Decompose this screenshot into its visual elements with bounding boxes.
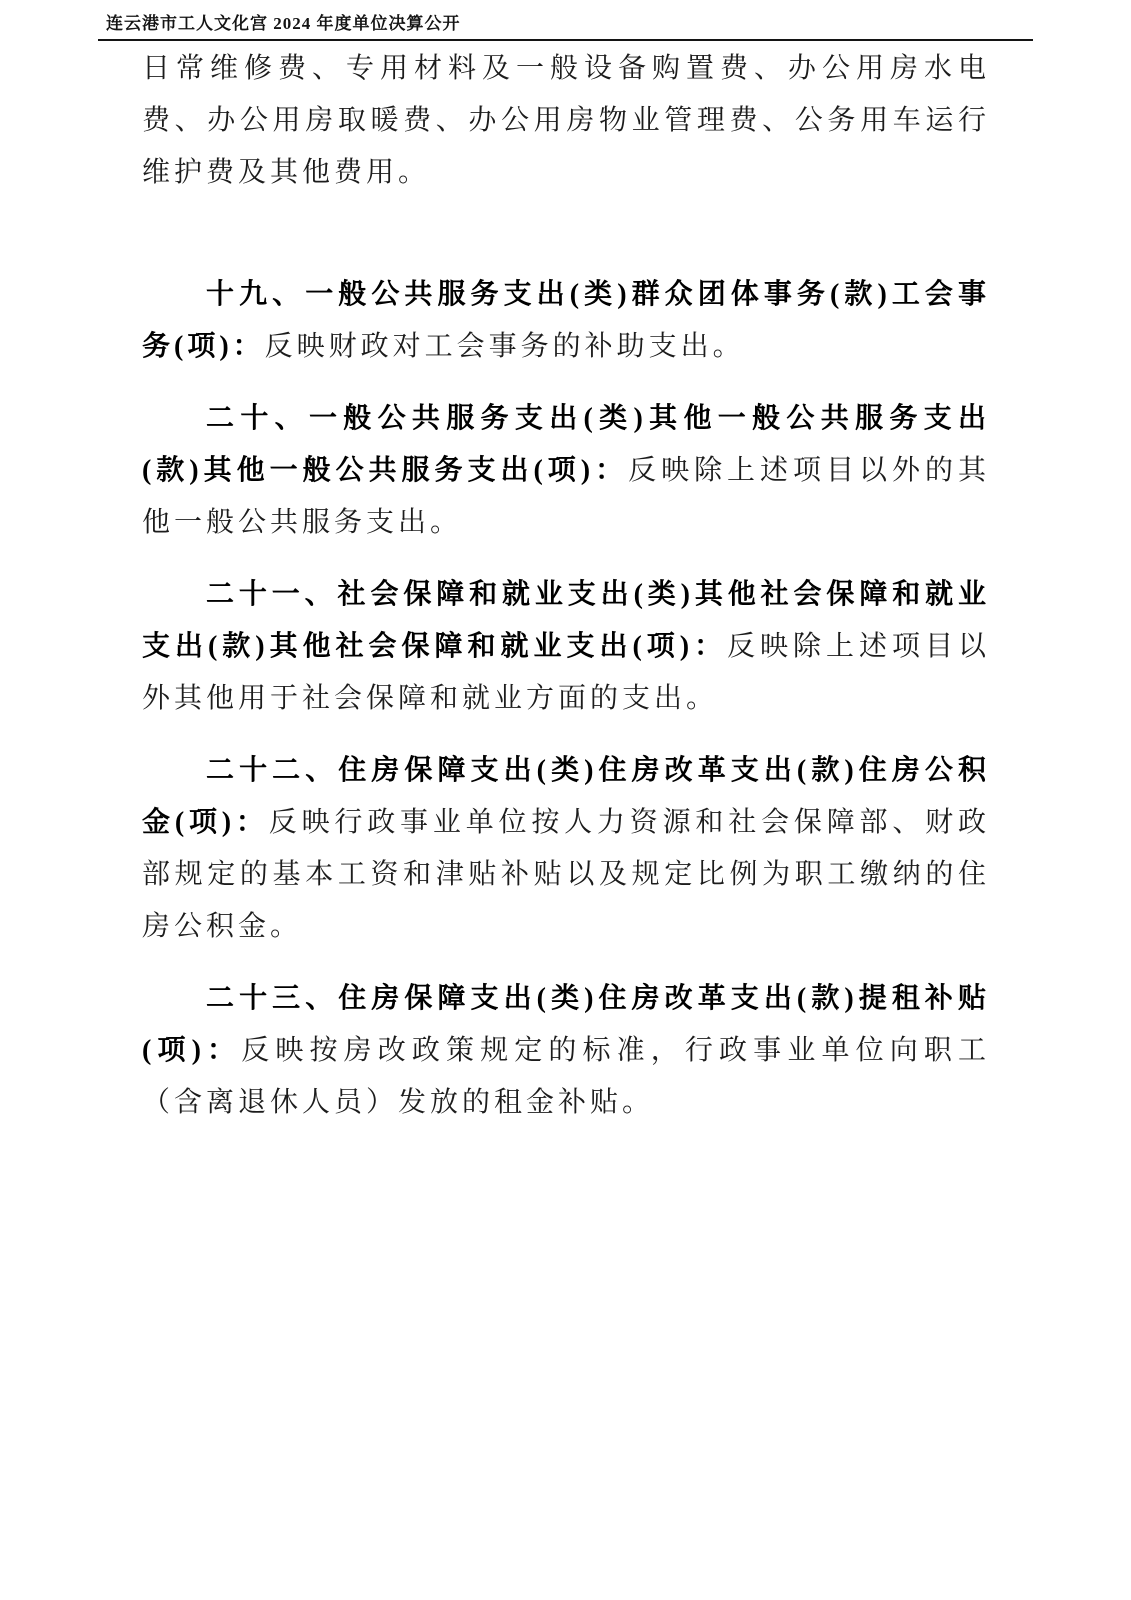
paragraph-expense-continuation: 日常维修费、专用材料及一般设备购置费、办公用房水电费、办公用房取暖费、办公用房物…	[142, 43, 990, 199]
paragraph-item-21: 二十一、社会保障和就业支出(类)其他社会保障和就业支出(款)其他社会保障和就业支…	[142, 569, 990, 725]
paragraph-item-19: 十九、一般公共服务支出(类)群众团体事务(款)工会事务(项)：反映财政对工会事务…	[142, 269, 990, 373]
paragraph-item-23: 二十三、住房保障支出(类)住房改革支出(款)提租补贴(项)：反映按房改政策规定的…	[142, 973, 990, 1129]
paragraph-text: 反映按房改政策规定的标准，行政事业单位向职工（含离退休人员）发放的租金补贴。	[142, 1035, 990, 1118]
paragraph-text: 日常维修费、专用材料及一般设备购置费、办公用房水电费、办公用房取暖费、办公用房物…	[142, 53, 990, 188]
paragraph-item-22: 二十二、住房保障支出(类)住房改革支出(款)住房公积金(项)：反映行政事业单位按…	[142, 745, 990, 953]
document-body: 日常维修费、专用材料及一般设备购置费、办公用房水电费、办公用房取暖费、办公用房物…	[142, 43, 990, 1129]
page-header: 连云港市工人文化宫 2024 年度单位决算公开	[98, 13, 1033, 41]
document-page: 连云港市工人文化宫 2024 年度单位决算公开 日常维修费、专用材料及一般设备购…	[0, 0, 1131, 1600]
paragraph-text: 反映行政事业单位按人力资源和社会保障部、财政部规定的基本工资和津贴补贴以及规定比…	[142, 807, 990, 942]
paragraph-item-20: 二十、一般公共服务支出(类)其他一般公共服务支出(款)其他一般公共服务支出(项)…	[142, 393, 990, 549]
paragraph-text: 反映财政对工会事务的补助支出。	[265, 331, 745, 362]
header-title: 连云港市工人文化宫 2024 年度单位决算公开	[98, 13, 1033, 34]
